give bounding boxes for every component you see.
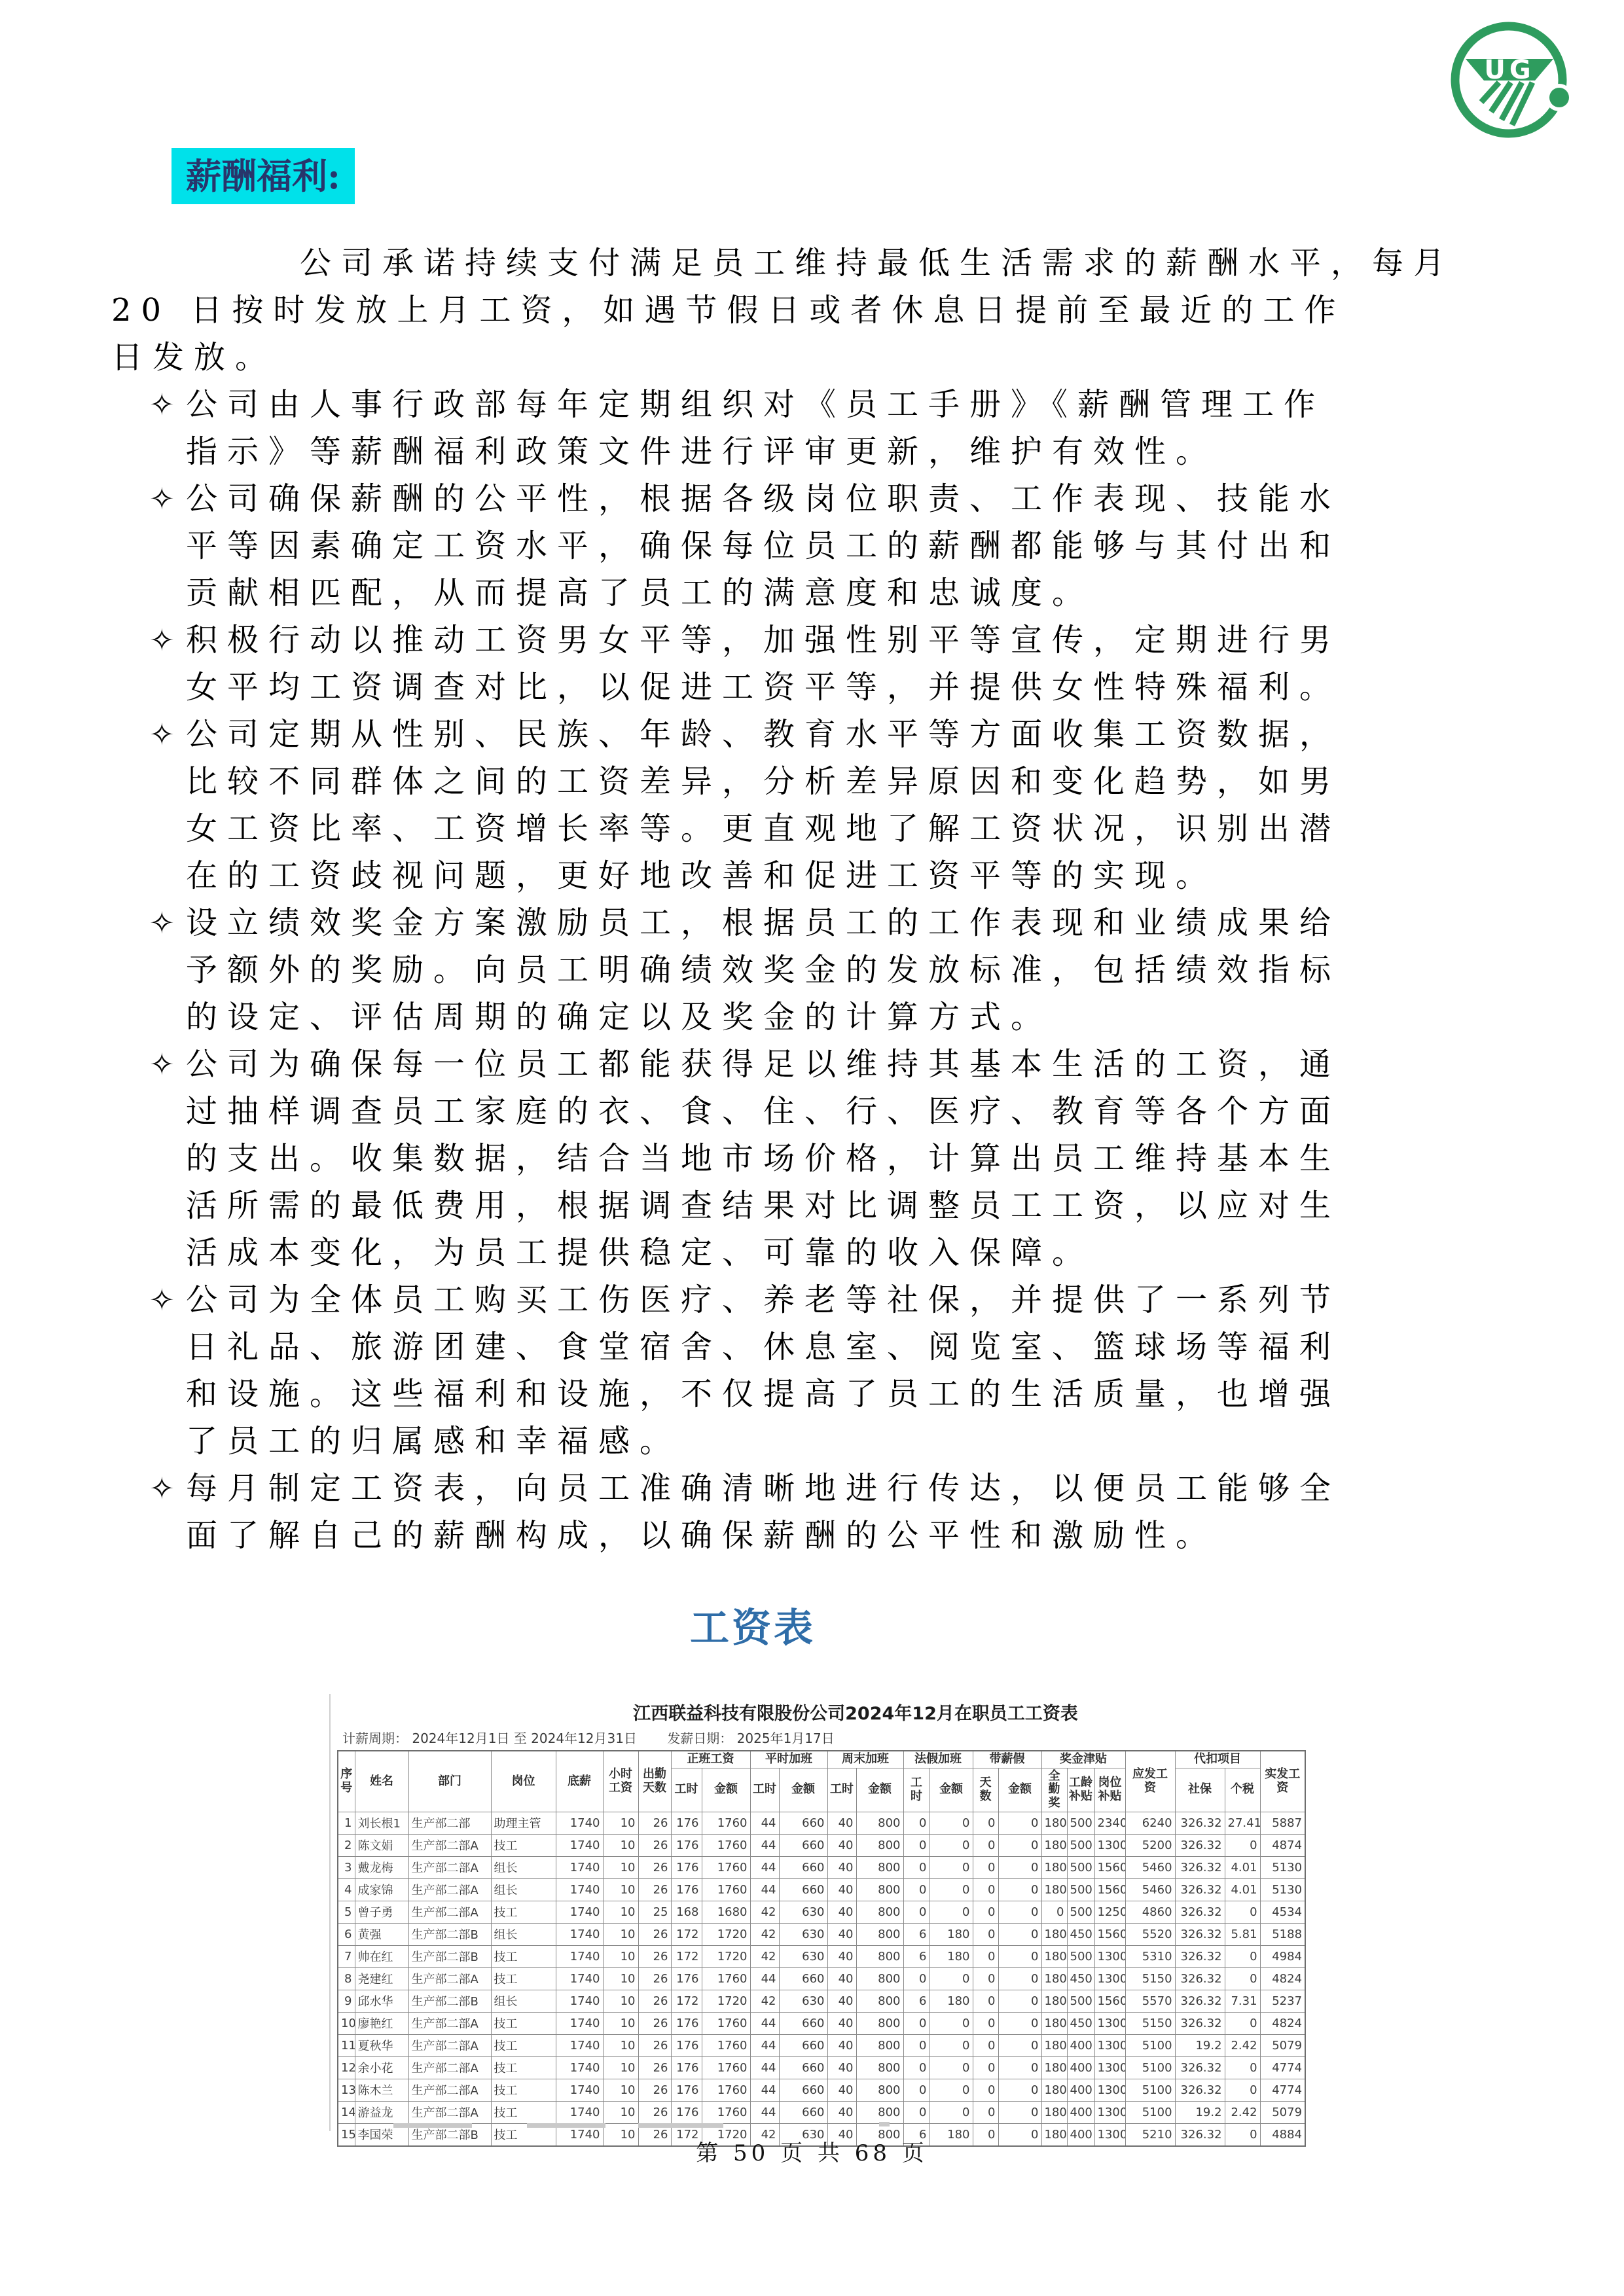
table-cell: 5079	[1260, 2101, 1305, 2123]
table-cell: 326.32	[1175, 1878, 1225, 1901]
table-header-cell: 奖金津贴	[1041, 1751, 1125, 1768]
table-cell: 0	[929, 2079, 973, 2101]
table-cell: 1720	[702, 1945, 750, 1967]
table-cell: 450	[1067, 1923, 1094, 1945]
table-cell: 26	[638, 1990, 671, 2012]
table-cell: 0	[998, 2079, 1041, 2101]
table-cell: 1760	[702, 1812, 750, 1834]
table-cell: 生产部二部A	[408, 2101, 491, 2123]
table-cell: 40	[827, 1878, 856, 1901]
table-cell: 1560	[1094, 1878, 1125, 1901]
payday-label: 发薪日期：	[667, 1731, 732, 1746]
table-cell: 组长	[491, 1990, 556, 2012]
table-cell: 技工	[491, 2079, 556, 2101]
table-cell: 0	[998, 1878, 1041, 1901]
table-cell: 0	[929, 1878, 973, 1901]
table-cell: 4.01	[1225, 1856, 1260, 1878]
table-row: 6黄强生产部二部B组长17401026172172042630408006180…	[338, 1923, 1305, 1945]
table-cell: 0	[929, 1856, 973, 1878]
table-cell: 1300	[1094, 1834, 1125, 1856]
table-cell: 660	[779, 1878, 827, 1901]
table-cell: 尧建红	[355, 1967, 408, 1990]
salary-table-wrap: 序号姓名部门岗位底薪小时工资出勤天数正班工资平时加班周末加班法假加班带薪假奖金津…	[337, 1750, 1306, 2147]
table-cell: 1740	[556, 1990, 603, 2012]
table-cell: 450	[1067, 2012, 1094, 2034]
table-cell: 4824	[1260, 1967, 1305, 1990]
table-cell: 1760	[702, 1834, 750, 1856]
table-cell: 180	[1041, 1812, 1067, 1834]
table-header-cell: 底薪	[556, 1751, 603, 1812]
table-cell: 0	[973, 1856, 998, 1878]
table-cell: 0	[973, 1990, 998, 2012]
table-cell: 0	[1225, 2012, 1260, 2034]
table-cell: 630	[779, 1923, 827, 1945]
table-cell: 176	[671, 1878, 702, 1901]
table-cell: 0	[973, 1967, 998, 1990]
table-cell: 326.32	[1175, 1856, 1225, 1878]
text-line: 活成本变化，为员工提供稳定、可靠的收入保障。	[186, 1234, 1093, 1271]
table-cell: 180	[1041, 1945, 1067, 1967]
table-cell: 1720	[702, 1923, 750, 1945]
table-cell: 10	[603, 1812, 638, 1834]
table-cell: 0	[903, 1856, 929, 1878]
table-cell: 陈文娟	[355, 1834, 408, 1856]
logo-dot	[1549, 88, 1569, 107]
table-cell: 5079	[1260, 2034, 1305, 2056]
page-footer: 第 50 页 共 68 页	[0, 2135, 1624, 2167]
table-cell: 800	[856, 1967, 903, 1990]
table-row: 10廖艳红生产部二部A技工174010261761760446604080000…	[338, 2012, 1305, 2034]
bullet-line: ✧每月制定工资表，向员工准确清晰地进行传达，以便员工能够全	[111, 1465, 1394, 1512]
table-cell: 0	[903, 1967, 929, 1990]
table-cell: 生产部二部A	[408, 1878, 491, 1901]
table-subheader-cell: 社保	[1175, 1768, 1225, 1812]
table-cell: 40	[827, 1945, 856, 1967]
screenshot-artifact	[527, 2123, 605, 2128]
table-cell: 5520	[1125, 1923, 1175, 1945]
text-line: 日发放。	[111, 339, 276, 376]
text-line: 公司确保薪酬的公平性，根据各级岗位职责、工作表现、技能水	[186, 480, 1341, 517]
table-cell: 0	[973, 2101, 998, 2123]
table-cell: 1740	[556, 1856, 603, 1878]
table-cell: 5130	[1260, 1878, 1305, 1901]
table-cell: 1760	[702, 2012, 750, 2034]
table-cell: 0	[998, 1901, 1041, 1923]
table-cell: 0	[929, 2056, 973, 2079]
table-cell: 326.32	[1175, 1901, 1225, 1923]
table-cell: 生产部二部B	[408, 1990, 491, 2012]
table-cell: 180	[1041, 1878, 1067, 1901]
table-cell: 0	[929, 1812, 973, 1834]
table-cell: 2340	[1094, 1812, 1125, 1834]
table-cell: 5150	[1125, 2012, 1175, 2034]
table-cell: 10	[603, 1834, 638, 1856]
table-cell: 44	[750, 1856, 779, 1878]
table-cell: 40	[827, 2101, 856, 2123]
table-cell: 10	[603, 1923, 638, 1945]
diamond-bullet-icon: ✧	[149, 1041, 175, 1088]
logo-triangle: UG	[1466, 55, 1553, 125]
text-line: 20 日按时发放上月工资，如遇节假日或者休息日提前至最近的工作	[111, 292, 1345, 329]
table-cell: 成家锦	[355, 1878, 408, 1901]
table-cell: 0	[998, 2034, 1041, 2056]
text-line: 指示》等薪酬福利政策文件进行评审更新，维护有效性。	[186, 433, 1217, 470]
table-cell: 500	[1067, 1901, 1094, 1923]
table-cell: 19.2	[1175, 2034, 1225, 2056]
table-cell: 1760	[702, 1967, 750, 1990]
table-cell: 组长	[491, 1856, 556, 1878]
table-cell: 1300	[1094, 1967, 1125, 1990]
table-cell: 邱水华	[355, 1990, 408, 2012]
table-cell: 0	[929, 2101, 973, 2123]
table-cell: 0	[903, 2056, 929, 2079]
table-cell: 0	[973, 1945, 998, 1967]
table-cell: 180	[1041, 2101, 1067, 2123]
table-cell: 40	[827, 2079, 856, 2101]
bullet-line: 女平均工资调查对比，以促进工资平等，并提供女性特殊福利。	[111, 664, 1394, 711]
table-row: 7帅在红生产部二部B技工1740102617217204263040800618…	[338, 1945, 1305, 1967]
diamond-bullet-icon: ✧	[149, 617, 175, 664]
text-line: 比较不同群体之间的工资差异，分析差异原因和变化趋势，如男	[186, 763, 1341, 800]
table-cell: 660	[779, 1812, 827, 1834]
table-cell: 10	[603, 2012, 638, 2034]
table-cell: 0	[973, 1812, 998, 1834]
table-cell: 500	[1067, 1834, 1094, 1856]
table-subheader-cell: 金额	[856, 1768, 903, 1812]
table-cell: 1740	[556, 2034, 603, 2056]
text-line: 每月制定工资表，向员工准确清晰地进行传达，以便员工能够全	[186, 1470, 1341, 1507]
table-cell: 176	[671, 1967, 702, 1990]
table-row: 1刘长根1生产部二部助理主管17401026176176044660408000…	[338, 1812, 1305, 1834]
bullet-line: ✧积极行动以推动工资男女平等，加强性别平等宣传，定期进行男	[111, 617, 1394, 664]
diamond-bullet-icon: ✧	[149, 711, 175, 758]
table-cell: 40	[827, 1834, 856, 1856]
table-cell: 10	[603, 2101, 638, 2123]
table-cell: 180	[1041, 2056, 1067, 2079]
screenshot-artifact	[879, 2122, 890, 2126]
table-cell: 40	[827, 2056, 856, 2079]
text-line: 贡献相匹配，从而提高了员工的满意度和忠诚度。	[186, 575, 1093, 611]
table-cell: 1760	[702, 2079, 750, 2101]
table-cell: 0	[973, 1901, 998, 1923]
table-cell: 0	[903, 2079, 929, 2101]
bullet-line: 面了解自己的薪酬构成，以确保薪酬的公平性和激励性。	[111, 1512, 1394, 1559]
table-cell: 44	[750, 1834, 779, 1856]
table-cell: 176	[671, 1856, 702, 1878]
period-label: 计薪周期：	[342, 1731, 408, 1746]
table-cell: 660	[779, 1967, 827, 1990]
table-cell: 0	[1225, 1834, 1260, 1856]
table-cell: 180	[929, 1945, 973, 1967]
table-cell: 630	[779, 1990, 827, 2012]
table-cell: 1740	[556, 1834, 603, 1856]
table-subheader-cell: 金额	[779, 1768, 827, 1812]
table-cell: 7.31	[1225, 1990, 1260, 2012]
table-cell: 40	[827, 1812, 856, 1834]
table-cell: 660	[779, 2101, 827, 2123]
table-cell: 26	[638, 1923, 671, 1945]
table-cell: 0	[903, 2012, 929, 2034]
intro-line: 日发放。	[111, 334, 1394, 381]
table-cell: 26	[638, 2079, 671, 2101]
table-cell: 0	[973, 1923, 998, 1945]
text-line: 公司承诺持续支付满足员工维持最低生活需求的薪酬水平，每月	[300, 245, 1454, 281]
table-cell: 陈木兰	[355, 2079, 408, 2101]
table-cell: 5100	[1125, 2034, 1175, 2056]
salary-sheet-screenshot: 江西联益科技有限股份公司2024年12月在职员工工资表 计薪周期： 2024年1…	[329, 1694, 1380, 2131]
diamond-bullet-icon: ✧	[149, 475, 175, 522]
table-row: 3戴龙梅生产部二部A组长1740102617617604466040800000…	[338, 1856, 1305, 1878]
table-cell: 660	[779, 2056, 827, 2079]
table-cell: 生产部二部A	[408, 1967, 491, 1990]
period-value: 2024年12月1日 至 2024年12月31日	[412, 1731, 637, 1746]
table-cell: 326.32	[1175, 1967, 1225, 1990]
bullet-line: ✧公司为确保每一位员工都能获得足以维持其基本生活的工资，通	[111, 1041, 1394, 1088]
bullet-line: 活所需的最低费用，根据调查结果对比调整员工工资，以应对生	[111, 1182, 1394, 1229]
table-cell: 450	[1067, 1967, 1094, 1990]
table-cell: 0	[1225, 1901, 1260, 1923]
table-header-cell: 代扣项目	[1175, 1751, 1260, 1768]
text-line: 公司定期从性别、民族、年龄、教育水平等方面收集工资数据，	[186, 716, 1341, 753]
table-cell: 40	[827, 1901, 856, 1923]
table-subheader-cell: 天数	[973, 1768, 998, 1812]
table-cell: 168	[671, 1901, 702, 1923]
table-cell: 42	[750, 1901, 779, 1923]
table-header-cell: 应发工资	[1125, 1751, 1175, 1812]
text-line: 设立绩效奖金方案激励员工，根据员工的工作表现和业绩成果给	[186, 905, 1341, 941]
table-subheader-cell: 全勤奖	[1041, 1768, 1067, 1812]
table-cell: 生产部二部A	[408, 1901, 491, 1923]
table-row: 12余小花生产部二部A技工174010261761760446604080000…	[338, 2056, 1305, 2079]
table-cell: 技工	[491, 2101, 556, 2123]
table-cell: 26	[638, 2056, 671, 2079]
table-cell: 500	[1067, 1856, 1094, 1878]
table-cell: 800	[856, 2034, 903, 2056]
table-cell: 180	[1041, 2012, 1067, 2034]
payday-value: 2025年1月17日	[737, 1731, 835, 1746]
table-cell: 1740	[556, 1901, 603, 1923]
table-cell: 180	[1041, 1990, 1067, 2012]
table-row: 13陈木兰生产部二部A技工174010261761760446604080000…	[338, 2079, 1305, 2101]
text-line: 公司为确保每一位员工都能获得足以维持其基本生活的工资，通	[186, 1046, 1341, 1083]
table-cell: 180	[929, 1923, 973, 1945]
table-subheader-cell: 金额	[998, 1768, 1041, 1812]
intro-line: 20 日按时发放上月工资，如遇节假日或者休息日提前至最近的工作	[111, 287, 1394, 334]
table-cell: 180	[1041, 1856, 1067, 1878]
table-cell: 0	[998, 1856, 1041, 1878]
table-cell: 廖艳红	[355, 2012, 408, 2034]
table-cell: 26	[638, 1856, 671, 1878]
text-line: 积极行动以推动工资男女平等，加强性别平等宣传，定期进行男	[186, 622, 1341, 658]
table-header-cell: 部门	[408, 1751, 491, 1812]
table-header-cell: 正班工资	[671, 1751, 750, 1768]
table-header-cell: 带薪假	[973, 1751, 1041, 1768]
table-cell: 10	[338, 2012, 355, 2034]
sheet-title: 江西联益科技有限股份公司2024年12月在职员工工资表	[331, 1699, 1380, 1725]
table-cell: 40	[827, 1990, 856, 2012]
table-row: 14游益龙生产部二部A技工174010261761760446604080000…	[338, 2101, 1305, 2123]
table-cell: 40	[827, 2012, 856, 2034]
text-line: 的支出。收集数据，结合当地市场价格，计算出员工维持基本生	[186, 1140, 1341, 1177]
table-cell: 生产部二部A	[408, 1834, 491, 1856]
table-cell: 0	[973, 2079, 998, 2101]
table-cell: 10	[603, 2056, 638, 2079]
table-cell: 4774	[1260, 2079, 1305, 2101]
table-cell: 42	[750, 1990, 779, 2012]
table-cell: 0	[998, 2101, 1041, 2123]
table-cell: 帅在红	[355, 1945, 408, 1967]
table-cell: 176	[671, 2012, 702, 2034]
table-cell: 326.32	[1175, 2079, 1225, 2101]
table-cell: 5200	[1125, 1834, 1175, 1856]
table-cell: 630	[779, 1945, 827, 1967]
table-cell: 800	[856, 1990, 903, 2012]
table-cell: 176	[671, 2056, 702, 2079]
table-cell: 技工	[491, 1967, 556, 1990]
table-cell: 5460	[1125, 1878, 1175, 1901]
table-cell: 0	[929, 1901, 973, 1923]
table-cell: 1740	[556, 2056, 603, 2079]
table-cell: 176	[671, 1834, 702, 1856]
table-cell: 10	[603, 1878, 638, 1901]
table-cell: 1760	[702, 1878, 750, 1901]
table-cell: 技工	[491, 1901, 556, 1923]
table-cell: 172	[671, 1923, 702, 1945]
table-cell: 326.32	[1175, 1990, 1225, 2012]
table-cell: 5100	[1125, 2101, 1175, 2123]
table-cell: 40	[827, 1856, 856, 1878]
text-line: 女平均工资调查对比，以促进工资平等，并提供女性特殊福利。	[186, 669, 1341, 706]
table-cell: 0	[973, 1878, 998, 1901]
table-cell: 800	[856, 2012, 903, 2034]
text-line: 在的工资歧视问题，更好地改善和促进工资平等的实现。	[186, 857, 1217, 894]
table-cell: 26	[638, 2034, 671, 2056]
table-cell: 500	[1067, 1812, 1094, 1834]
salary-table-title: 工资表	[111, 1597, 1394, 1653]
table-cell: 1560	[1094, 1923, 1125, 1945]
table-cell: 组长	[491, 1923, 556, 1945]
table-cell: 660	[779, 2012, 827, 2034]
bullet-line: 的设定、评估周期的确定以及奖金的计算方式。	[111, 994, 1394, 1041]
intro-line: 公司承诺持续支付满足员工维持最低生活需求的薪酬水平，每月	[111, 240, 1394, 287]
bullet-line: ✧公司由人事行政部每年定期组织对《员工手册》《薪酬管理工作	[111, 381, 1394, 428]
table-cell: 0	[998, 1834, 1041, 1856]
table-cell: 400	[1067, 2056, 1094, 2079]
table-cell: 25	[638, 1901, 671, 1923]
table-cell: 26	[638, 2101, 671, 2123]
table-cell: 4774	[1260, 2056, 1305, 2079]
table-cell: 180	[1041, 2079, 1067, 2101]
table-row: 5曾子勇生产部二部A技工1740102516816804263040800000…	[338, 1901, 1305, 1923]
table-cell: 1250	[1094, 1901, 1125, 1923]
table-cell: 4.01	[1225, 1878, 1260, 1901]
table-cell: 技工	[491, 2056, 556, 2079]
bullet-line: 指示》等薪酬福利政策文件进行评审更新，维护有效性。	[111, 428, 1394, 475]
table-cell: 0	[973, 1834, 998, 1856]
table-cell: 1720	[702, 1990, 750, 2012]
table-cell: 生产部二部	[408, 1812, 491, 1834]
table-cell: 800	[856, 1945, 903, 1967]
table-cell: 3	[338, 1856, 355, 1878]
table-cell: 12	[338, 2056, 355, 2079]
diamond-bullet-icon: ✧	[149, 381, 175, 428]
table-subheader-cell: 个税	[1225, 1768, 1260, 1812]
table-cell: 180	[1041, 1967, 1067, 1990]
table-cell: 1760	[702, 1856, 750, 1878]
table-cell: 44	[750, 2101, 779, 2123]
bullet-line: 贡献相匹配，从而提高了员工的满意度和忠诚度。	[111, 569, 1394, 617]
table-cell: 44	[750, 2034, 779, 2056]
table-header-cell: 出勤天数	[638, 1751, 671, 1812]
table-cell: 0	[998, 1945, 1041, 1967]
table-cell: 800	[856, 1901, 903, 1923]
logo-letters: UG	[1484, 55, 1534, 85]
text-line: 平等因素确定工资水平，确保每位员工的薪酬都能够与其付出和	[186, 528, 1341, 564]
table-row: 9邱水华生产部二部B组长1740102617217204263040800618…	[338, 1990, 1305, 2012]
table-cell: 8	[338, 1967, 355, 1990]
table-cell: 27.41	[1225, 1812, 1260, 1834]
bullet-line: 在的工资歧视问题，更好地改善和促进工资平等的实现。	[111, 852, 1394, 899]
bullet-line: ✧公司确保薪酬的公平性，根据各级岗位职责、工作表现、技能水	[111, 475, 1394, 522]
table-cell: 0	[929, 2012, 973, 2034]
text-line: 了员工的归属感和幸福感。	[186, 1423, 681, 1460]
table-cell: 500	[1067, 1990, 1094, 2012]
table-cell: 1740	[556, 2101, 603, 2123]
table-cell: 助理主管	[491, 1812, 556, 1834]
table-cell: 44	[750, 1967, 779, 1990]
table-cell: 0	[903, 1878, 929, 1901]
table-cell: 5887	[1260, 1812, 1305, 1834]
screenshot-artifact	[393, 2123, 472, 2128]
table-cell: 172	[671, 1990, 702, 2012]
table-cell: 180	[1041, 2034, 1067, 2056]
table-cell: 13	[338, 2079, 355, 2101]
bullet-line: 比较不同群体之间的工资差异，分析差异原因和变化趋势，如男	[111, 758, 1394, 805]
table-cell: 余小花	[355, 2056, 408, 2079]
text-line: 和设施。这些福利和设施，不仅提高了员工的生活质量，也增强	[186, 1376, 1341, 1412]
table-cell: 800	[856, 1878, 903, 1901]
table-cell: 800	[856, 1923, 903, 1945]
bullet-line: 的支出。收集数据，结合当地市场价格，计算出员工维持基本生	[111, 1135, 1394, 1182]
table-cell: 4534	[1260, 1901, 1305, 1923]
table-cell: 1760	[702, 2056, 750, 2079]
table-subheader-cell: 金额	[929, 1768, 973, 1812]
table-cell: 0	[903, 1901, 929, 1923]
table-cell: 326.32	[1175, 2056, 1225, 2079]
table-cell: 1740	[556, 1812, 603, 1834]
table-subheader-cell: 工时	[671, 1768, 702, 1812]
table-subheader-cell: 工时	[750, 1768, 779, 1812]
table-cell: 26	[638, 1967, 671, 1990]
table-cell: 4	[338, 1878, 355, 1901]
table-cell: 0	[1225, 2079, 1260, 2101]
document-page: UG 薪酬福利: 公司承诺持续支付满足员工维持最低生活需求的薪酬水平，每月20 …	[0, 0, 1624, 2296]
table-cell: 0	[929, 2034, 973, 2056]
table-cell: 26	[638, 1812, 671, 1834]
table-cell: 26	[638, 2012, 671, 2034]
table-cell: 5188	[1260, 1923, 1305, 1945]
table-cell: 6	[903, 1990, 929, 2012]
text-line: 女工资比率、工资增长率等。更直观地了解工资状况，识别出潜	[186, 810, 1341, 847]
table-cell: 660	[779, 1856, 827, 1878]
table-cell: 630	[779, 1901, 827, 1923]
text-line: 的设定、评估周期的确定以及奖金的计算方式。	[186, 999, 1052, 1035]
table-cell: 黄强	[355, 1923, 408, 1945]
table-cell: 19.2	[1175, 2101, 1225, 2123]
table-cell: 44	[750, 1878, 779, 1901]
table-cell: 5150	[1125, 1967, 1175, 1990]
table-cell: 1300	[1094, 2012, 1125, 2034]
